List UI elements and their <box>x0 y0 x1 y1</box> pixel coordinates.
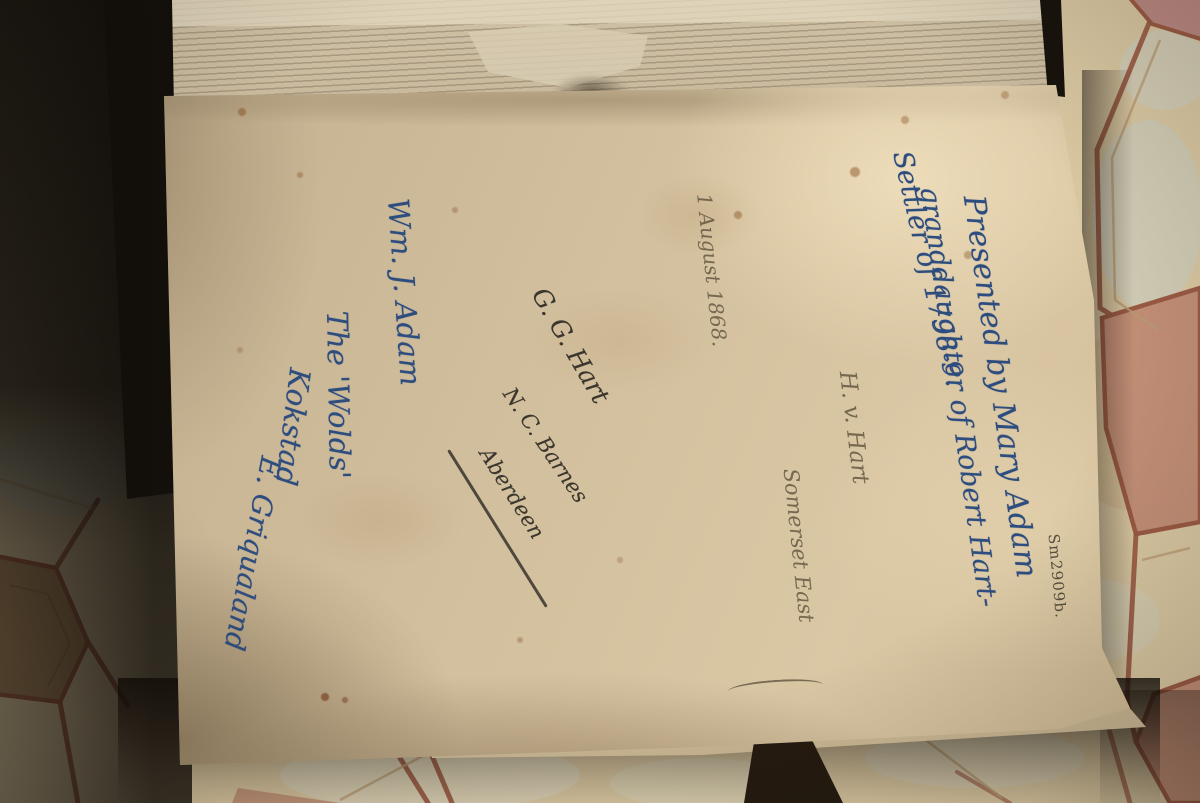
blue-signature-line-2: The 'Wolds' <box>320 287 356 503</box>
photo-scene: Presented by Mary Adam granddaughter of … <box>0 0 1200 803</box>
